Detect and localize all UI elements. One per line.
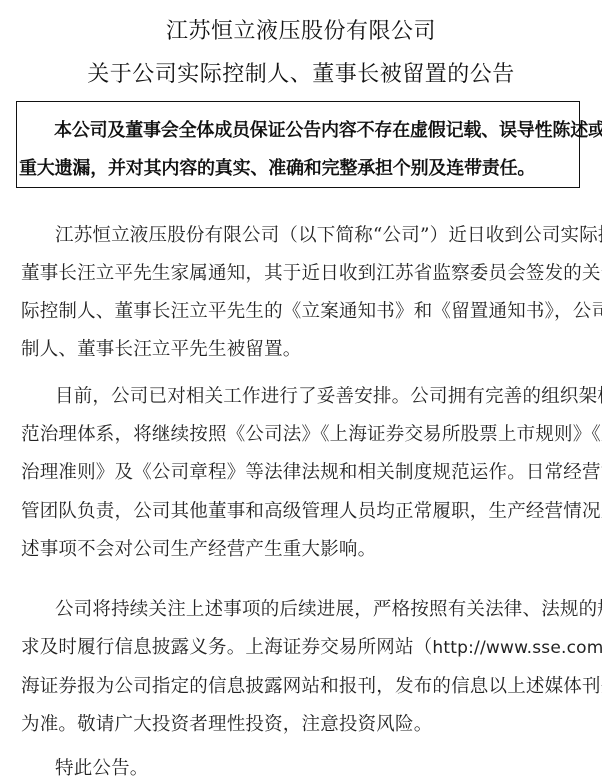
paragraph-2-line: 管团队负责，公司其他董事和高级管理人员均正常履职，生产经营情况正常。上: [21, 497, 602, 523]
sse-website-link[interactable]: http://www.sse.com.cn: [432, 638, 602, 658]
paragraph-3-line: 公司将持续关注上述事项的后续进展，严格按照有关法律、法规的规定和要: [55, 595, 602, 621]
paragraph-3-text: 求及时履行信息披露义务。上海证券交易所网站（: [21, 637, 432, 658]
paragraph-2-line: 述事项不会对公司生产经营产生重大影响。: [21, 535, 376, 561]
paragraph-1-line: 制人、董事长汪立平先生被留置。: [21, 335, 302, 361]
announcement-title: 关于公司实际控制人、董事长被留置的公告: [0, 57, 602, 88]
paragraph-3-line: 海证券报为公司指定的信息披露网站和报刊，发布的信息以上述媒体刊登的信息: [21, 672, 602, 698]
board-statement-line: 本公司及董事会全体成员保证公告内容不存在虚假记载、误导性陈述或者: [54, 116, 602, 142]
paragraph-1-line: 董事长汪立平先生家属通知，其于近日收到江苏省监察委员会签发的关于公司实: [21, 259, 602, 285]
paragraph-1-line: 江苏恒立液压股份有限公司（以下简称“公司”）近日收到公司实际控制人、: [55, 221, 602, 247]
paragraph-3-line: 求及时履行信息披露义务。上海证券交易所网站（http://www.sse.com…: [21, 633, 602, 659]
paragraph-2-line: 范治理体系，将继续按照《公司法》《上海证券交易所股票上市规则》《上市公司: [21, 420, 602, 446]
paragraph-2-line: 治理准则》及《公司章程》等法律法规和相关制度规范运作。日常经营管理由高: [21, 458, 602, 484]
paragraph-3-line: 为准。敬请广大投资者理性投资，注意投资风险。: [21, 710, 432, 736]
closing-line: 特此公告。: [55, 754, 149, 780]
paragraph-2-line: 目前，公司已对相关工作进行了妥善安排。公司拥有完善的组织架构和规: [55, 382, 602, 408]
board-statement-line: 重大遗漏，并对其内容的真实、准确和完整承担个别及连带责任。: [19, 154, 535, 180]
paragraph-1-line: 际控制人、董事长汪立平先生的《立案通知书》和《留置通知书》，公司实际控: [21, 297, 602, 323]
company-name-title: 江苏恒立液压股份有限公司: [0, 14, 602, 45]
